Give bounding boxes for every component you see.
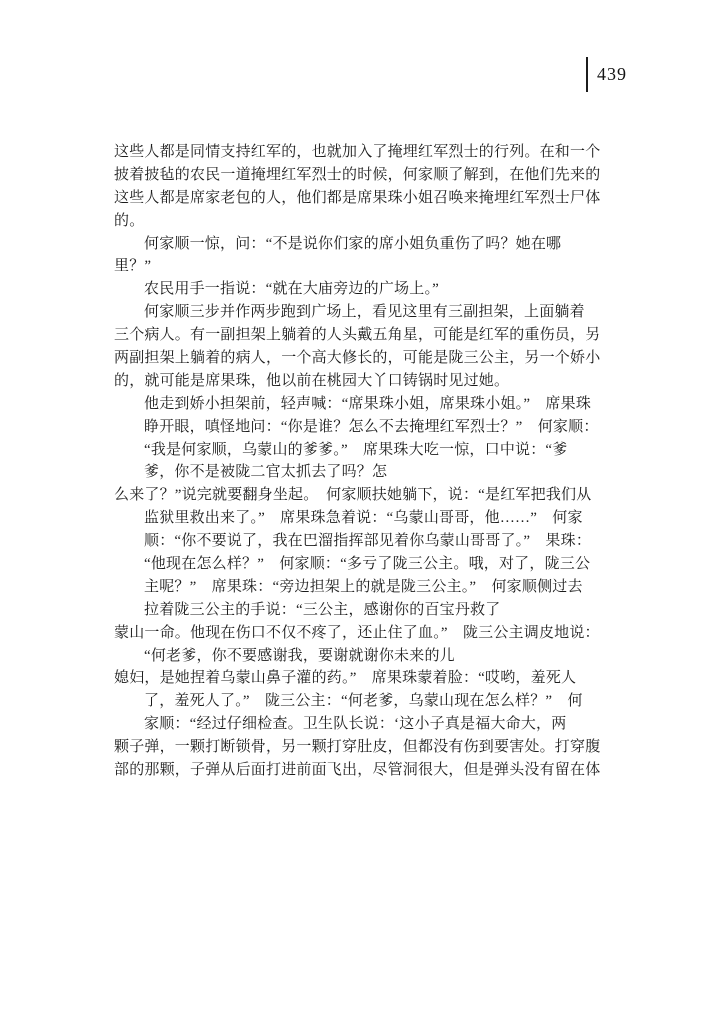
text-line: 部的那颗，子弹从后面打进前面飞出，尽管洞很大，但是弹头没有留在体	[114, 759, 612, 782]
text-line: 主呢？” 席果珠：“旁边担架上的就是陇三公主。” 何家顺侧过去	[114, 576, 612, 599]
text-line: 三个病人。有一副担架上躺着的人头戴五角星，可能是红军的重伤员，另	[114, 324, 612, 347]
text-line: 披着披毡的农民一道掩埋红军烈士的时候，何家顺了解到，在他们先来的	[114, 164, 612, 187]
text-line: 两副担架上躺着的病人，一个高大修长的，可能是陇三公主，另一个娇小	[114, 347, 612, 370]
text-line: 何家顺三步并作两步跑到广场上，看见这里有三副担架，上面躺着	[114, 301, 612, 324]
text-line: 何家顺一惊，问：“不是说你们家的席小姐负重伤了吗？她在哪	[114, 233, 612, 256]
text-line: 这些人都是席家老包的人，他们都是席果珠小姐召唤来掩埋红军烈士尸体	[114, 187, 612, 210]
text-line: 他走到娇小担架前，轻声喊：“席果珠小姐，席果珠小姐。” 席果珠	[114, 393, 612, 416]
text-line: 家顺：“经过仔细检查。卫生队长说：‘这小子真是福大命大，两	[114, 713, 612, 736]
text-line: 里？”	[114, 255, 612, 278]
text-line: “何老爹，你不要感谢我，要谢就谢你未来的儿	[114, 645, 612, 668]
text-line: 农民用手一指说：“就在大庙旁边的广场上。”	[114, 278, 612, 301]
page-number-divider-bar	[586, 57, 588, 92]
text-line: 这些人都是同情支持红军的，也就加入了掩埋红军烈士的行列。在和一个	[114, 141, 612, 164]
text-line: 拉着陇三公主的手说：“三公主，感谢你的百宝丹救了	[114, 599, 612, 622]
text-line: 监狱里救出来了。” 席果珠急着说：“乌蒙山哥哥，他……” 何家	[114, 507, 612, 530]
page-number-block: 439	[586, 57, 627, 92]
text-line: 睁开眼，嗔怪地问：“你是谁？怎么不去掩埋红军烈士？” 何家顺：	[114, 416, 612, 439]
text-line: 的，就可能是席果珠，他以前在桃园大丫口铸锅时见过她。	[114, 370, 612, 393]
book-page: 439 这些人都是同情支持红军的，也就加入了掩埋红军烈士的行列。在和一个披着披毡…	[0, 0, 715, 1010]
page-number: 439	[597, 57, 627, 92]
text-line: 顺：“你不要说了，我在巴溜指挥部见着你乌蒙山哥哥了。” 果珠：	[114, 530, 612, 553]
text-line: 爹，你不是被陇二官太抓去了吗？怎	[114, 461, 612, 484]
body-text-block: 这些人都是同情支持红军的，也就加入了掩埋红军烈士的行列。在和一个披着披毡的农民一…	[114, 141, 612, 782]
text-line: 蒙山一命。他现在伤口不仅不疼了，还止住了血。” 陇三公主调皮地说：	[114, 622, 612, 645]
text-line: 颗子弹，一颗打断锁骨，另一颗打穿肚皮，但都没有伤到要害处。打穿腹	[114, 736, 612, 759]
text-line: 了，羞死人了。” 陇三公主：“何老爹，乌蒙山现在怎么样？” 何	[114, 690, 612, 713]
text-line: 媳妇，是她捏着乌蒙山鼻子灌的药。” 席果珠蒙着脸：“哎哟，羞死人	[114, 667, 612, 690]
text-line: 么来了？”说完就要翻身坐起。 何家顺扶她躺下，说：“是红军把我们从	[114, 484, 612, 507]
text-line: “他现在怎么样？” 何家顺：“多亏了陇三公主。哦，对了，陇三公	[114, 553, 612, 576]
text-line: “我是何家顺，乌蒙山的爹爹。” 席果珠大吃一惊，口中说：“爹	[114, 439, 612, 462]
text-line: 的。	[114, 210, 612, 233]
